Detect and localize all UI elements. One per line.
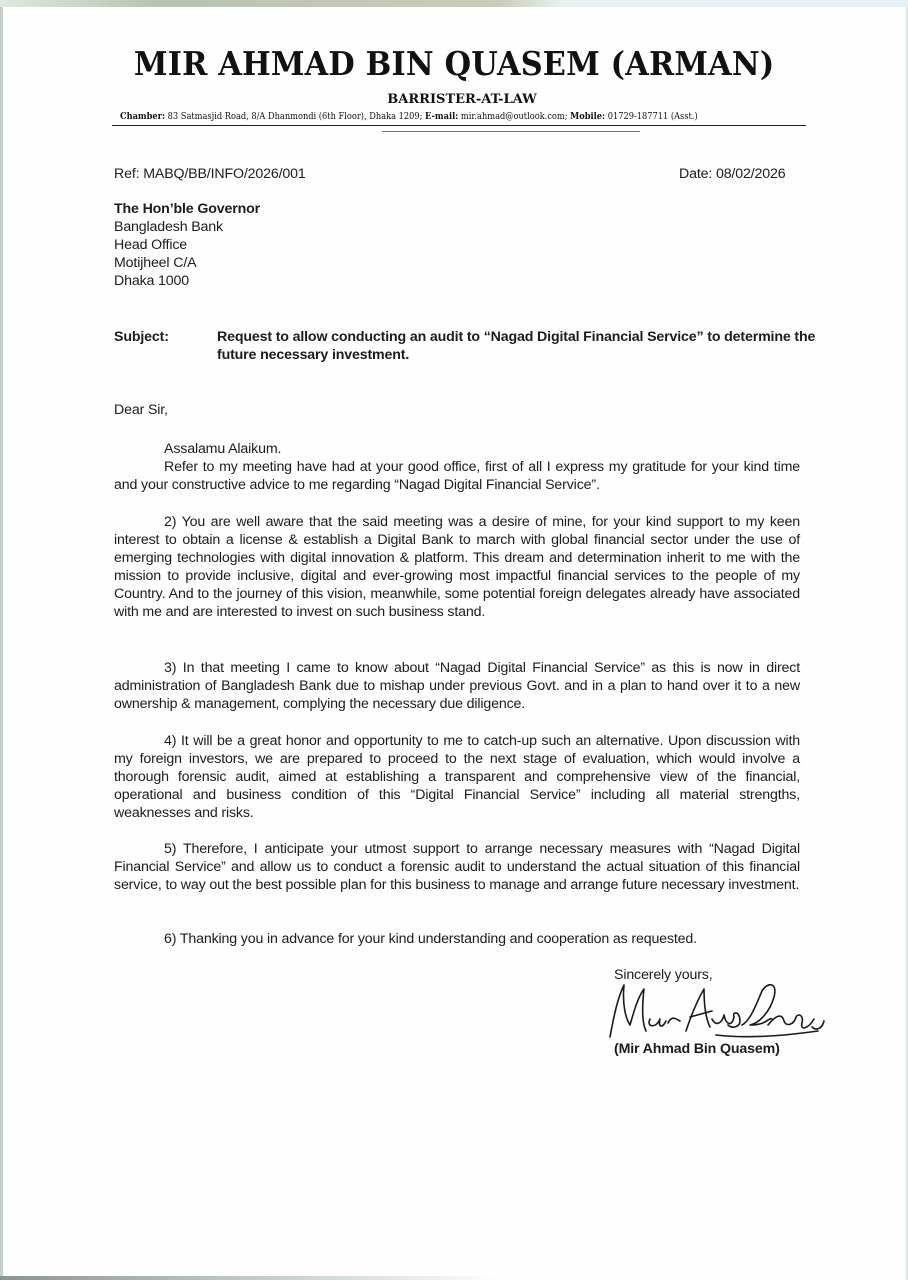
subject-text: Request to allow conducting an audit to … [217, 328, 817, 364]
mobile-number: 01729-187711 (Asst.) [605, 111, 698, 122]
paragraph-4: 4) It will be a great honor and opportun… [114, 732, 800, 822]
email-label: E-mail: [425, 111, 458, 122]
letterhead-divider [112, 125, 806, 126]
paragraph-5: 5) Therefore, I anticipate your utmost s… [114, 840, 800, 894]
letterhead-title: BARRISTER-AT-LAW [0, 92, 908, 107]
recipient-address: The Hon’ble Governor Bangladesh Bank Hea… [114, 200, 260, 290]
recipient-area: Motijheel C/A [114, 254, 260, 272]
greeting: Assalamu Alaikum. [114, 440, 800, 458]
handwritten-signature [600, 975, 830, 1045]
recipient-city: Dhaka 1000 [114, 272, 260, 290]
letter-page: MIR AHMAD BIN QUASEM (ARMAN) BARRISTER-A… [0, 0, 908, 1280]
salutation: Dear Sir, [114, 401, 168, 419]
chamber-label: Chamber: [120, 111, 165, 122]
recipient-office: Head Office [114, 236, 260, 254]
scan-edge-left [0, 7, 3, 1280]
subject-label: Subject: [114, 328, 169, 346]
paragraph-6: 6) Thanking you in advance for your kind… [114, 930, 800, 948]
scan-edge-bottom [0, 1276, 500, 1280]
letterhead-contact: Chamber: 83 Satmasjid Road, 8/A Dhanmond… [120, 111, 727, 122]
scan-edge-top [0, 0, 908, 7]
paragraph-3: 3) In that meeting I came to know about … [114, 659, 800, 713]
email-address: mir.ahmad@outlook.com; [458, 111, 570, 122]
letterhead-faint-divider [382, 131, 640, 132]
letterhead-name: MIR AHMAD BIN QUASEM (ARMAN) [36, 44, 871, 83]
recipient-org: Bangladesh Bank [114, 218, 260, 236]
mobile-label: Mobile: [570, 111, 605, 122]
paragraph-2: 2) You are well aware that the said meet… [114, 513, 800, 622]
chamber-address: 83 Satmasjid Road, 8/A Dhanmondi (6th Fl… [165, 111, 425, 122]
recipient-title: The Hon’ble Governor [114, 200, 260, 218]
signatory-name: (Mir Ahmad Bin Quasem) [614, 1040, 780, 1058]
paragraph-1: Refer to my meeting have had at your goo… [114, 458, 800, 494]
reference-number: Ref: MABQ/BB/INFO/2026/001 [114, 165, 306, 183]
letter-date: Date: 08/02/2026 [679, 165, 785, 183]
